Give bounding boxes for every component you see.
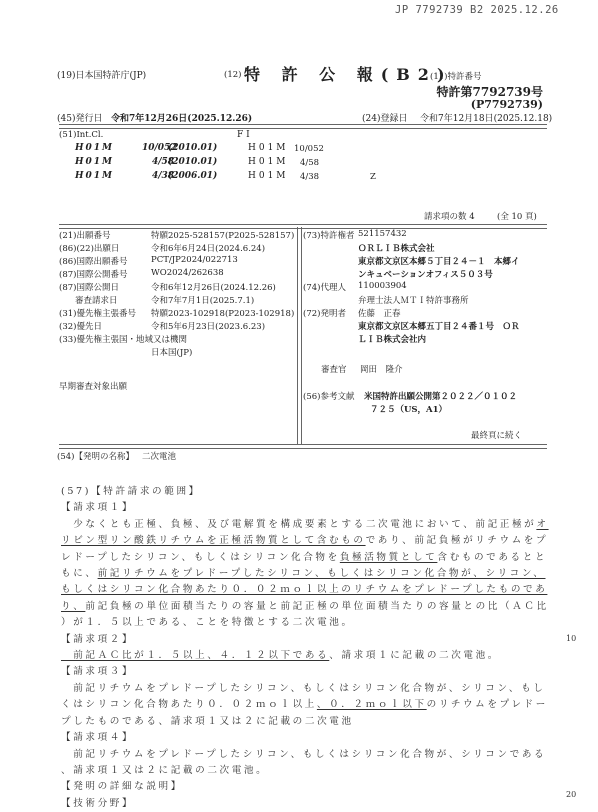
claim-4-heading: 【請求項４】 — [61, 730, 521, 746]
issue-date: 令和7年12月26日(2025.12.26) — [111, 111, 252, 124]
inventor-name: 佐藤 正春 — [358, 307, 401, 319]
reference-document: 米国特許出願公開第２０２２／０１０２ — [364, 390, 517, 402]
patent-office: (19)日本国特許庁(JP) — [57, 68, 146, 81]
claim-3-line: プしたものである、請求項１又は２に記載の二次電池 — [61, 714, 521, 730]
continued-note: 最終頁に続く — [471, 429, 522, 441]
claim-4-line: 前記リチウムをプレドープしたシリコン、もしくはシリコン化合物が、シリコンである — [61, 747, 521, 763]
header-divider — [59, 124, 547, 129]
claim-3-line: くはシリコン化合物あたり０．０２ｍｏｌ以上、０．２ｍｏｌ以下のリチウムをプレドー — [61, 697, 521, 713]
claims-count: 請求項の数 4 — [424, 210, 475, 222]
claim-1-line: ）が１．５以上である、ことを特徴とする二次電池。 — [61, 615, 521, 631]
claim-2-line: 前記ＡＣ比が１．５以上、４．１２以下である、請求項１に記載の二次電池。 — [61, 648, 521, 664]
claim-1-line: リビン型リン酸鉄リチウムを正極活物質として含むものであり、前記負極がリチウムをプ — [61, 533, 521, 549]
claim-1-line: り、前記負極の単位面積当たりの容量と前記正極の単位面積当たりの容量との比（ＡＣ比 — [61, 599, 521, 615]
publication-type-title: 特 許 公 報(B2) — [244, 62, 453, 85]
detailed-description-heading: 【発明の詳細な説明】 — [61, 779, 521, 795]
patentee-name: ＯＲＬＩＢ株式会社 — [358, 242, 435, 254]
issue-date-label: (45)発行日 — [57, 111, 102, 124]
fi-label: F I — [237, 130, 250, 140]
document-id: JP 7792739 B2 2025.12.26 — [395, 4, 559, 16]
invention-title: 二次電池 — [142, 450, 176, 462]
patent-number-alt: (P7792739) — [471, 98, 543, 111]
agent-name: 弁理士法人ＭＴＩ特許事務所 — [358, 294, 469, 306]
claim-1-heading: 【請求項１】 — [61, 500, 521, 516]
claim-1-line: 少なくとも正極、負極、及び電解質を構成要素とする二次電池において、前記正極がオ — [61, 517, 521, 533]
claim-4-line: 、請求項１又は２に記載の二次電池。 — [61, 763, 521, 779]
claim-3-line: 前記リチウムをプレドープしたシリコン、もしくはシリコン化合物が、シリコン、もし — [61, 681, 521, 697]
registration-date-label: (24)登録日 — [362, 111, 407, 124]
claim-3-heading: 【請求項３】 — [61, 664, 521, 680]
biblio-column-divider — [297, 227, 302, 445]
intcl-label: (51)Int.Cl. — [59, 130, 103, 140]
registration-date: 令和7年12月18日(2025.12.18) — [420, 111, 552, 124]
claim-1-line: もに、前記リチウムをプレドープしたシリコン、もしくはシリコン化合物が、シリコン、 — [61, 566, 521, 582]
patent-number-label: (11)特許番号 — [430, 70, 481, 82]
page-count: (全 10 頁) — [497, 210, 537, 222]
line-number: 10 — [566, 634, 576, 643]
biblio-bottom-divider — [59, 444, 547, 449]
claims-section: (57)【特許請求の範囲】 【請求項１】 少なくとも正極、負極、及び電解質を構成… — [61, 484, 521, 812]
pub-type-code: (12) — [224, 70, 241, 80]
line-number: 20 — [566, 790, 576, 799]
technical-field-heading: 【技術分野】 — [61, 796, 521, 812]
claims-heading: (57)【特許請求の範囲】 — [61, 484, 521, 500]
claim-1-line: レドープしたシリコン、もしくはシリコン化合物を負極活物質として含むものであるとと — [61, 550, 521, 566]
early-examination-note: 早期審査対象出願 — [59, 380, 127, 392]
claim-1-line: もしくはシリコン化合物あたり０．０２ｍｏｌ以上のリチウムをプレドープしたものであ — [61, 582, 521, 598]
examiner-name: 岡田 隆介 — [360, 363, 403, 375]
claim-2-heading: 【請求項２】 — [61, 632, 521, 648]
invention-title-label: (54)【発明の名称】 — [57, 450, 134, 462]
